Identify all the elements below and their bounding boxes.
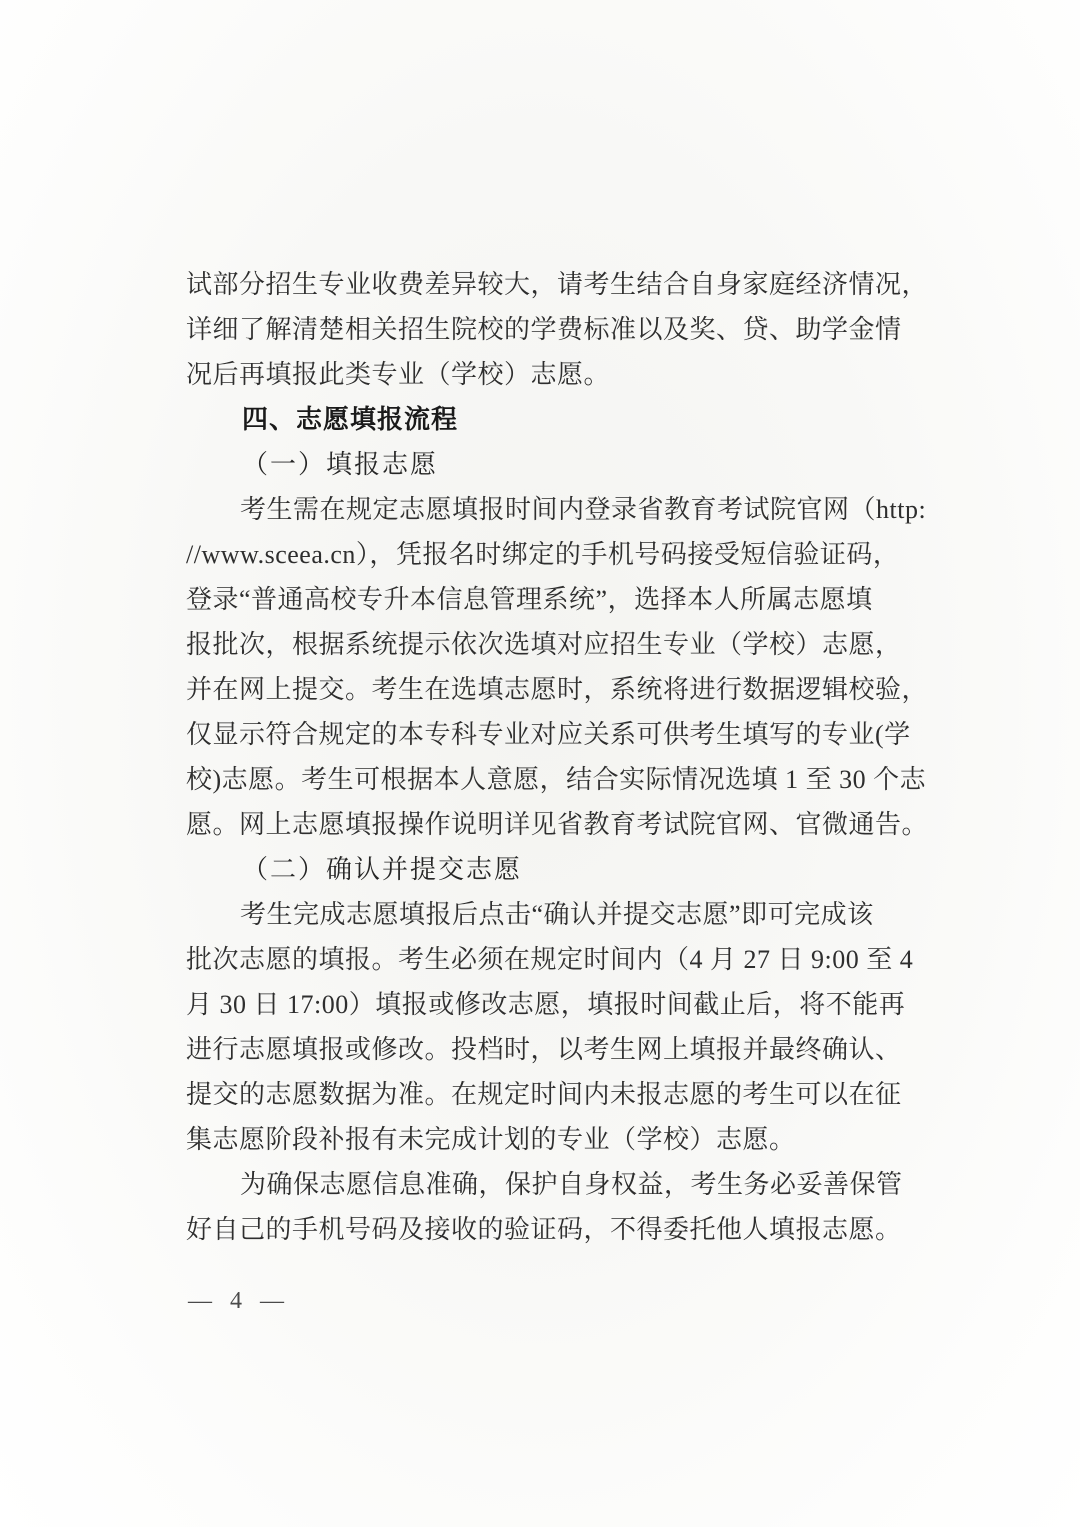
text-line: 并在网上提交。考生在选填志愿时，系统将进行数据逻辑校验， — [186, 667, 898, 712]
text-line: 考生完成志愿填报后点击“确认并提交志愿”即可完成该 — [186, 892, 898, 937]
subsection-heading: （一）填报志愿 — [186, 442, 898, 487]
text-line: 试部分招生专业收费差异较大，请考生结合自身家庭经济情况， — [186, 262, 898, 307]
text-line: 考生需在规定志愿填报时间内登录省教育考试院官网（http: — [186, 487, 898, 532]
text-line: 批次志愿的填报。考生必须在规定时间内（4 月 27 日 9:00 至 4 — [186, 937, 898, 982]
text-line: 报批次，根据系统提示依次选填对应招生专业（学校）志愿， — [186, 622, 898, 667]
text-line: 愿。网上志愿填报操作说明详见省教育考试院官网、官微通告。 — [186, 802, 898, 847]
text-line: 提交的志愿数据为准。在规定时间内未报志愿的考生可以在征 — [186, 1072, 898, 1117]
document-body: 试部分招生专业收费差异较大，请考生结合自身家庭经济情况，详细了解清楚相关招生院校… — [186, 262, 898, 1252]
text-line: 况后再填报此类专业（学校）志愿。 — [186, 352, 898, 397]
text-line: 仅显示符合规定的本专科专业对应关系可供考生填写的专业(学 — [186, 712, 898, 757]
text-line: 集志愿阶段补报有未完成计划的专业（学校）志愿。 — [186, 1117, 898, 1162]
text-line: 进行志愿填报或修改。投档时，以考生网上填报并最终确认、 — [186, 1027, 898, 1072]
text-line: 好自己的手机号码及接收的验证码，不得委托他人填报志愿。 — [186, 1207, 898, 1252]
text-line: 详细了解清楚相关招生院校的学费标准以及奖、贷、助学金情 — [186, 307, 898, 352]
document-page: 试部分招生专业收费差异较大，请考生结合自身家庭经济情况，详细了解清楚相关招生院校… — [0, 0, 1080, 1527]
section-heading: 四、志愿填报流程 — [186, 397, 898, 442]
text-line: 登录“普通高校专升本信息管理系统”，选择本人所属志愿填 — [186, 577, 898, 622]
page-number: — 4 — — [188, 1288, 290, 1315]
text-line: //www.sceea.cn），凭报名时绑定的手机号码接受短信验证码， — [186, 532, 898, 577]
text-line: 月 30 日 17:00）填报或修改志愿，填报时间截止后，将不能再 — [186, 982, 898, 1027]
text-line: 校)志愿。考生可根据本人意愿，结合实际情况选填 1 至 30 个志 — [186, 757, 898, 802]
text-line: 为确保志愿信息准确，保护自身权益，考生务必妥善保管 — [186, 1162, 898, 1207]
subsection-heading: （二）确认并提交志愿 — [186, 847, 898, 892]
